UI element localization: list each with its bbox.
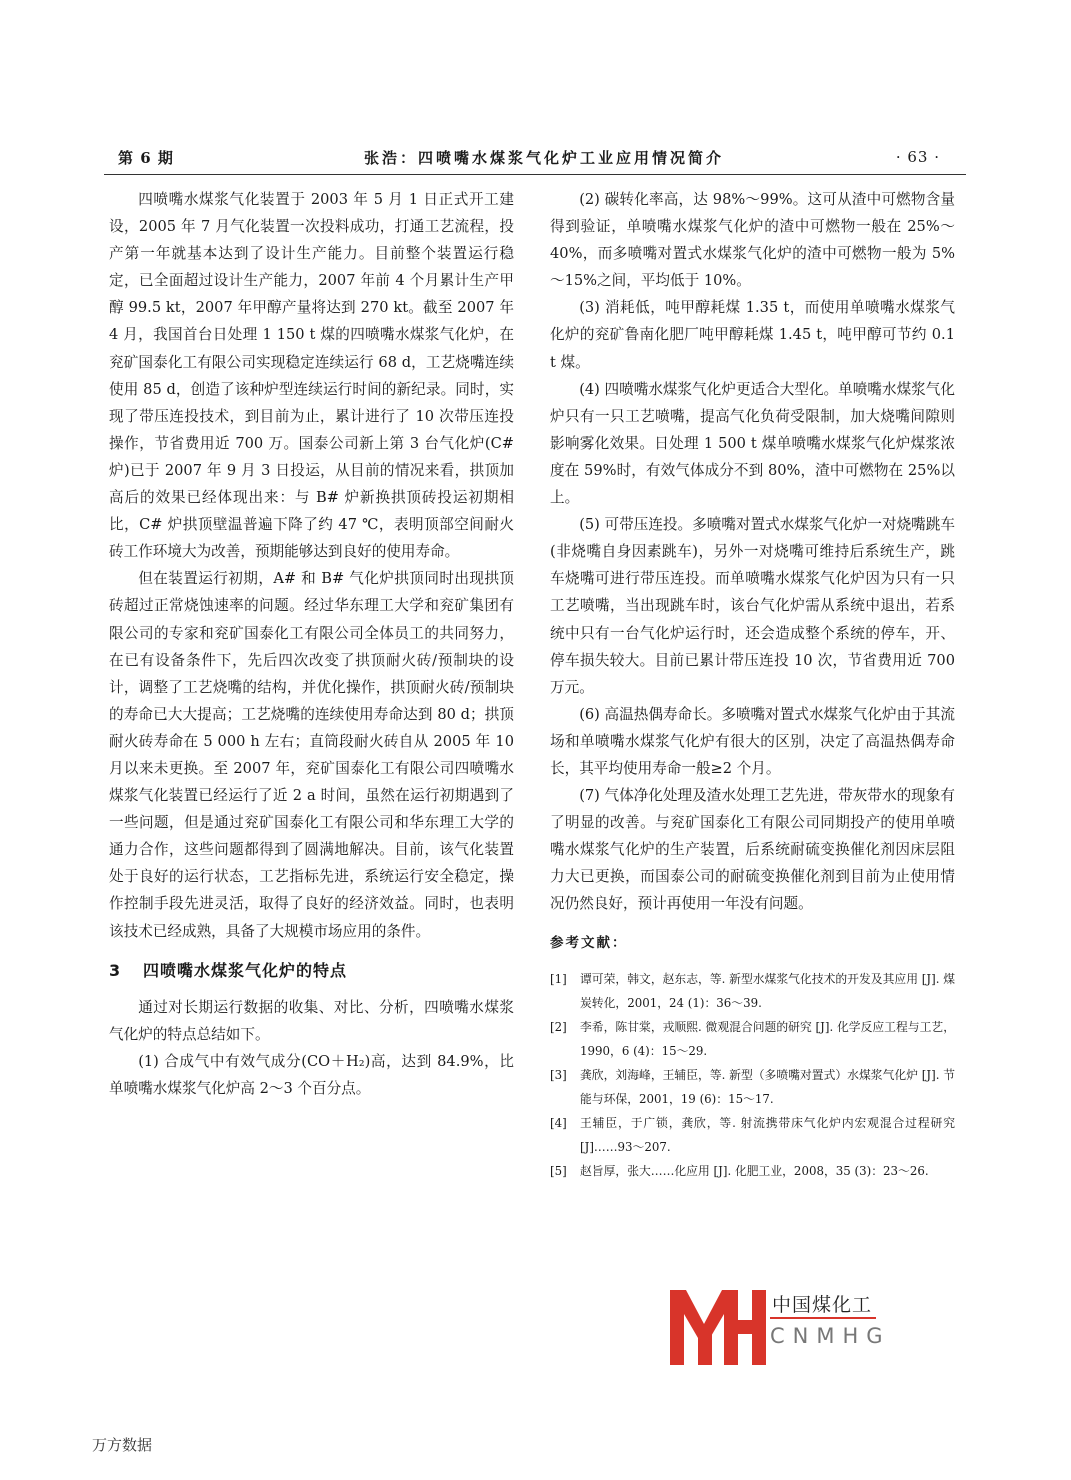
left-column: 四喷嘴水煤浆气化装置于 2003 年 5 月 1 日正式开工建设，2005 年 … <box>109 186 514 1102</box>
body-paragraph: 四喷嘴水煤浆气化装置于 2003 年 5 月 1 日正式开工建设，2005 年 … <box>109 186 514 565</box>
body-paragraph: 通过对长期运行数据的收集、对比、分析，四喷嘴水煤浆气化炉的特点总结如下。 <box>109 994 514 1048</box>
feature-item: (7) 气体净化处理及渣水处理工艺先进，带灰带水的现象有了明显的改善。与兖矿国泰… <box>550 782 955 917</box>
feature-item: (6) 高温热偶寿命长。多喷嘴对置式水煤浆气化炉由于其流场和单喷嘴水煤浆气化炉有… <box>550 701 955 782</box>
reference-item: [3] 龚欣，刘海峰，王辅臣，等. 新型（多喷嘴对置式）水煤浆气化炉 [J]. … <box>550 1063 955 1111</box>
feature-item: (5) 可带压连投。多喷嘴对置式水煤浆气化炉一对烧嘴跳车(非烧嘴自身因素跳车)，… <box>550 511 955 701</box>
header-rule <box>104 174 966 175</box>
reference-item: [5] 赵旨厚，张大……化应用 [J]. 化肥工业，2008，35 (3)：23… <box>550 1159 955 1183</box>
mh-logo-icon <box>670 1290 766 1365</box>
watermark-logo: 中国煤化工 CNMHG <box>670 1290 970 1370</box>
section-heading: 3四喷嘴水煤浆气化炉的特点 <box>109 957 514 984</box>
reference-text: 赵旨厚，张大……化应用 [J]. 化肥工业，2008，35 (3)：23～26. <box>580 1159 955 1183</box>
reference-list: [1] 谭可荣，韩文，赵东志，等. 新型水煤浆气化技术的开发及其应用 [J]. … <box>550 967 955 1183</box>
article-running-title: 张浩：四喷嘴水煤浆气化炉工业应用情况简介 <box>258 147 800 168</box>
reference-number: [5] <box>550 1159 580 1183</box>
section-title: 四喷嘴水煤浆气化炉的特点 <box>143 961 347 980</box>
feature-item: (3) 消耗低，吨甲醇耗煤 1.35 t，而使用单喷嘴水煤浆气化炉的兖矿鲁南化肥… <box>550 294 955 375</box>
reference-number: [4] <box>550 1111 580 1159</box>
references-heading: 参考文献： <box>550 930 955 957</box>
watermark-name-en: CNMHG <box>770 1324 891 1348</box>
reference-number: [3] <box>550 1063 580 1111</box>
reference-item: [2] 李希，陈甘棠，戎顺熙. 微观混合问题的研究 [J]. 化学反应工程与工艺… <box>550 1015 955 1063</box>
issue-number: 第 6 期 <box>118 147 258 168</box>
section-number: 3 <box>109 957 143 984</box>
reference-text: 龚欣，刘海峰，王辅臣，等. 新型（多喷嘴对置式）水煤浆气化炉 [J]. 节能与环… <box>580 1063 955 1111</box>
reference-text: 李希，陈甘棠，戎顺熙. 微观混合问题的研究 [J]. 化学反应工程与工艺，199… <box>580 1015 955 1063</box>
right-column: (2) 碳转化率高，达 98%～99%。这可从渣中可燃物含量得到验证，单喷嘴水煤… <box>550 186 955 1183</box>
reference-text: 谭可荣，韩文，赵东志，等. 新型水煤浆气化技术的开发及其应用 [J]. 煤炭转化… <box>580 967 955 1015</box>
reference-number: [2] <box>550 1015 580 1063</box>
feature-item: (2) 碳转化率高，达 98%～99%。这可从渣中可燃物含量得到验证，单喷嘴水煤… <box>550 186 955 294</box>
body-paragraph: (1) 合成气中有效气成分(CO＋H₂)高，达到 84.9%，比单喷嘴水煤浆气化… <box>109 1048 514 1102</box>
watermark-divider <box>770 1317 876 1319</box>
reference-text: 王辅臣，于广锁，龚欣，等. 射流携带床气化炉内宏观混合过程研究 [J]……93～… <box>580 1111 955 1159</box>
body-paragraph: 但在装置运行初期，A# 和 B# 气化炉拱顶同时出现拱顶砖超过正常烧蚀速率的问题… <box>109 565 514 944</box>
reference-item: [4] 王辅臣，于广锁，龚欣，等. 射流携带床气化炉内宏观混合过程研究 [J]…… <box>550 1111 955 1159</box>
footer-source-brand: 万方数据 <box>92 1434 152 1455</box>
watermark-name-cn: 中国煤化工 <box>770 1290 874 1317</box>
reference-number: [1] <box>550 967 580 1015</box>
reference-item: [1] 谭可荣，韩文，赵东志，等. 新型水煤浆气化技术的开发及其应用 [J]. … <box>550 967 955 1015</box>
feature-item: (4) 四喷嘴水煤浆气化炉更适合大型化。单喷嘴水煤浆气化炉只有一只工艺喷嘴，提高… <box>550 376 955 511</box>
running-header: 第 6 期 张浩：四喷嘴水煤浆气化炉工业应用情况简介 · 63 · <box>118 143 940 171</box>
page-number: · 63 · <box>800 148 940 166</box>
